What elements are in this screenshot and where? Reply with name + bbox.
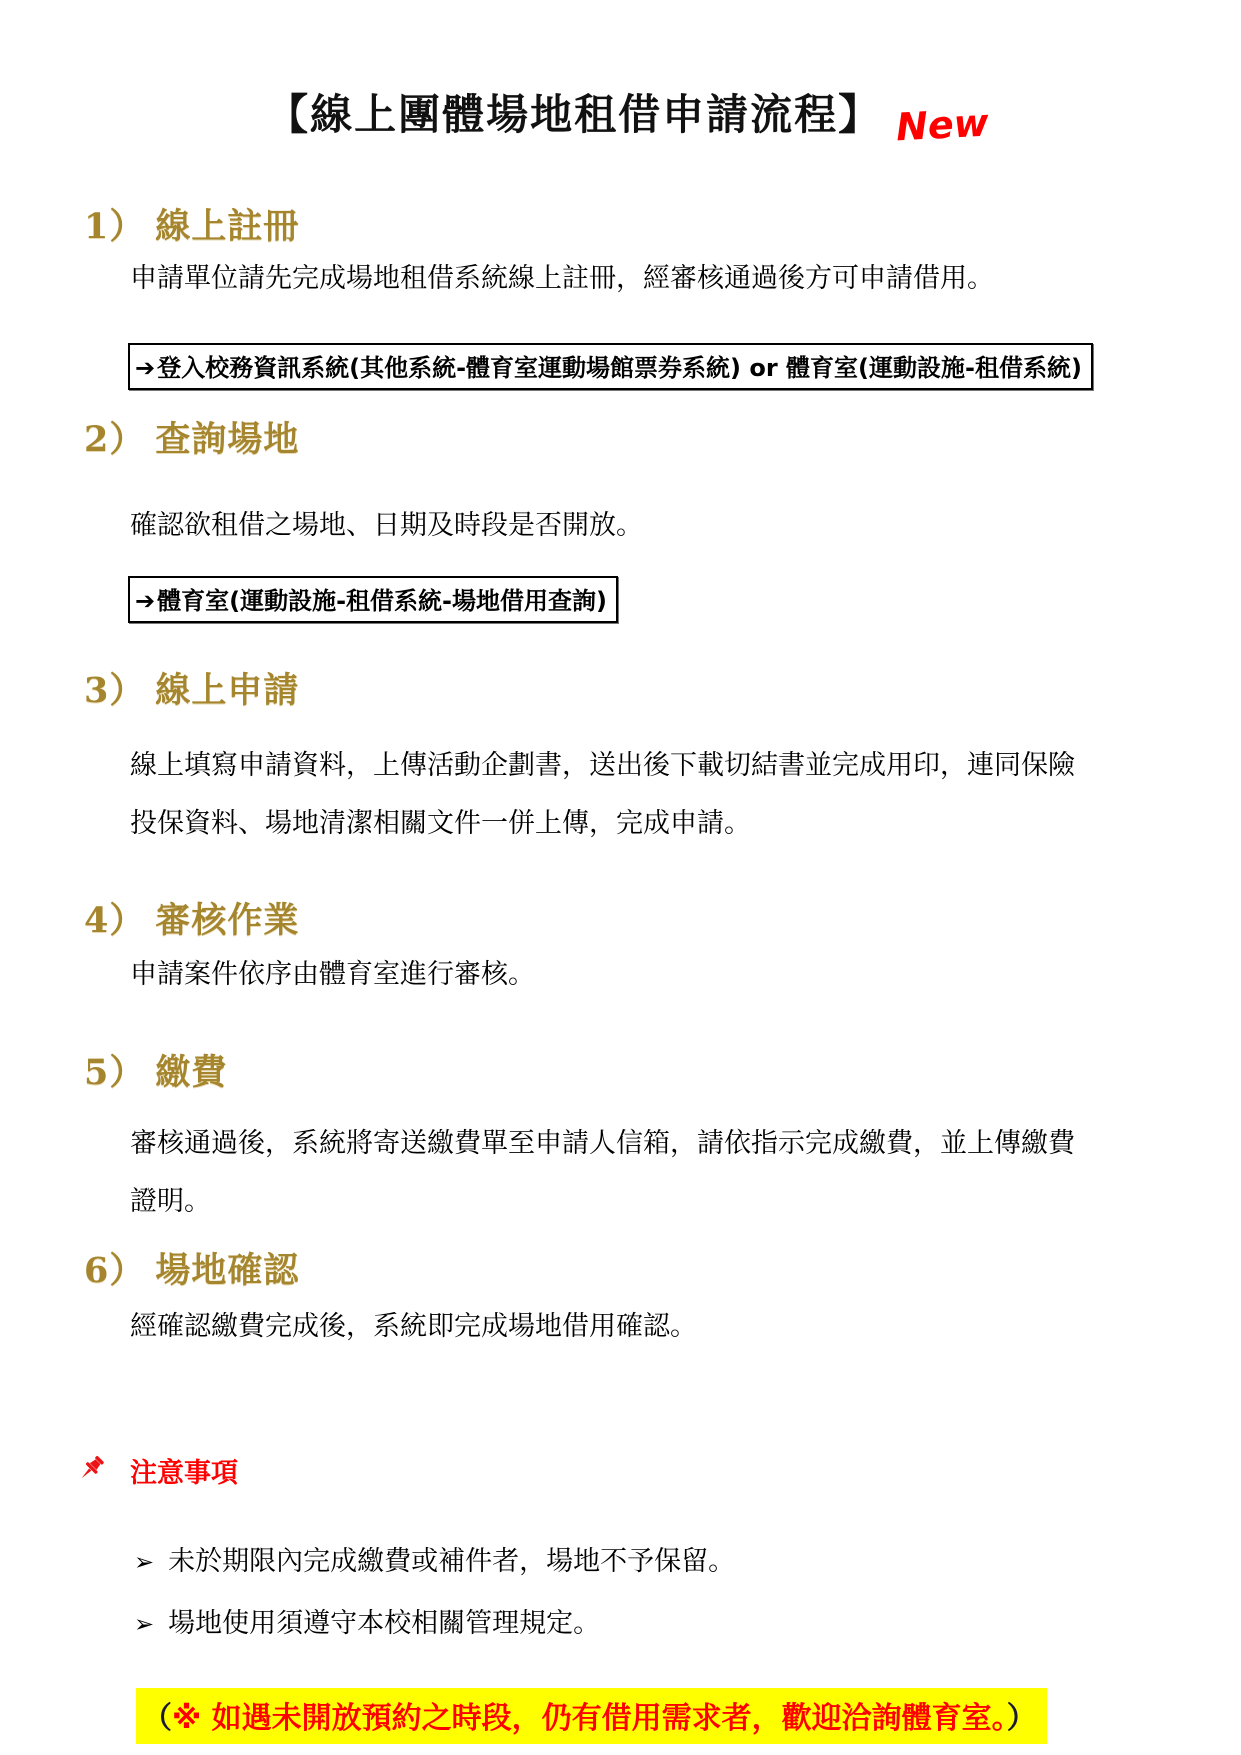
system-path-text: 體育室(運動設施-租借系統-場地借用查詢) [157, 587, 607, 615]
highlighted-notice: （※ 如遇未開放預約之時段，仍有借用需求者，歡迎洽詢體育室。） [136, 1688, 1047, 1744]
section-body: 申請案件依序由體育室進行審核。 [130, 955, 1171, 995]
notes-title: 注意事項 [130, 1451, 238, 1490]
system-path-box: ➔登入校務資訊系統(其他系統-體育室運動場館票券系統) or 體育室(運動設施-… [128, 343, 1093, 390]
body-line: 經確認繳費完成後，系統即完成場地借用確認。 [130, 1307, 1171, 1347]
section-number: 6） [84, 1250, 145, 1291]
note-text: 場地使用須遵守本校相關管理規定。 [168, 1604, 600, 1644]
section-number: 2） [84, 419, 145, 460]
system-path-box: ➔體育室(運動設施-租借系統-場地借用查詢) [128, 576, 618, 623]
arrowhead-bullet-icon: ➢ [134, 1604, 154, 1644]
section-body: 經確認繳費完成後，系統即完成場地借用確認。 [130, 1307, 1171, 1347]
section-payment: 5）繳費 審核通過後，系統將寄送繳費單至申請人信箱，請依指示完成繳費，並上傳繳費… [84, 1045, 1171, 1231]
section-heading: 1）線上註冊 [84, 199, 1171, 249]
section-number: 1） [84, 206, 145, 247]
body-line: 審核通過後，系統將寄送繳費單至申請人信箱，請依指示完成繳費，並上傳繳費 [130, 1115, 1171, 1173]
body-line: 證明。 [130, 1173, 1171, 1231]
highlighted-notice-text: ※ 如遇未開放預約之時段，仍有借用需求者，歡迎洽詢體育室。 [172, 1701, 1007, 1736]
document-page: 【線上團體場地租借申請流程】New 1）線上註冊 申請單位請先完成場地租借系統線… [0, 0, 1241, 1755]
body-line: 申請單位請先完成場地租借系統線上註冊，經審核通過後方可申請借用。 [130, 259, 1171, 299]
arrow-right-icon: ➔ [135, 587, 155, 615]
section-query-venue: 2）查詢場地 確認欲租借之場地、日期及時段是否開放。 ➔體育室(運動設施-租借系… [84, 412, 1171, 623]
page-title: 【線上團體場地租借申請流程】 [266, 90, 882, 139]
body-line: 申請案件依序由體育室進行審核。 [130, 955, 1171, 995]
section-online-apply: 3）線上申請 線上填寫申請資料，上傳活動企劃書，送出後下載切結書並完成用印，連同… [84, 663, 1171, 853]
section-number: 3） [84, 670, 145, 711]
section-body: 審核通過後，系統將寄送繳費單至申請人信箱，請依指示完成繳費，並上傳繳費 證明。 [130, 1115, 1171, 1231]
open-paren: （ [142, 1701, 172, 1736]
section-title: 線上註冊 [155, 206, 299, 247]
pushpin-icon [74, 1452, 110, 1488]
body-line: 線上填寫申請資料，上傳活動企劃書，送出後下載切結書並完成用印，連同保險 [130, 737, 1171, 795]
notes-heading: 注意事項 [74, 1451, 1171, 1490]
section-venue-confirm: 6）場地確認 經確認繳費完成後，系統即完成場地借用確認。 [84, 1243, 1171, 1347]
section-heading: 4）審核作業 [84, 893, 1171, 943]
section-title: 查詢場地 [155, 419, 299, 460]
section-heading: 6）場地確認 [84, 1243, 1171, 1293]
system-path-text: 登入校務資訊系統(其他系統-體育室運動場館票券系統) or 體育室(運動設施-租… [157, 354, 1082, 382]
note-item: ➢ 場地使用須遵守本校相關管理規定。 [134, 1604, 1171, 1644]
body-line: 確認欲租借之場地、日期及時段是否開放。 [130, 506, 1171, 546]
arrow-right-icon: ➔ [135, 354, 155, 382]
section-heading: 5）繳費 [84, 1045, 1171, 1095]
section-body: 確認欲租借之場地、日期及時段是否開放。 [130, 506, 1171, 546]
section-review: 4）審核作業 申請案件依序由體育室進行審核。 [84, 893, 1171, 995]
section-number: 4） [84, 900, 145, 941]
section-body: 申請單位請先完成場地租借系統線上註冊，經審核通過後方可申請借用。 [130, 259, 1171, 299]
section-title: 線上申請 [155, 670, 299, 711]
section-number: 5） [84, 1052, 145, 1093]
note-text: 未於期限內完成繳費或補件者，場地不予保留。 [168, 1542, 735, 1582]
note-item: ➢ 未於期限內完成繳費或補件者，場地不予保留。 [134, 1542, 1171, 1582]
section-heading: 2）查詢場地 [84, 412, 1171, 462]
section-title: 場地確認 [155, 1250, 299, 1291]
section-title: 繳費 [155, 1052, 227, 1093]
body-line: 投保資料、場地清潔相關文件一併上傳，完成申請。 [130, 795, 1171, 853]
new-badge: New [895, 100, 990, 149]
section-online-register: 1）線上註冊 申請單位請先完成場地租借系統線上註冊，經審核通過後方可申請借用。 … [84, 199, 1171, 390]
section-body: 線上填寫申請資料，上傳活動企劃書，送出後下載切結書並完成用印，連同保險 投保資料… [130, 737, 1171, 853]
section-heading: 3）線上申請 [84, 663, 1171, 713]
close-paren: ） [1007, 1701, 1037, 1736]
title-row: 【線上團體場地租借申請流程】New [84, 82, 1171, 147]
arrowhead-bullet-icon: ➢ [134, 1542, 154, 1582]
section-title: 審核作業 [155, 900, 299, 941]
